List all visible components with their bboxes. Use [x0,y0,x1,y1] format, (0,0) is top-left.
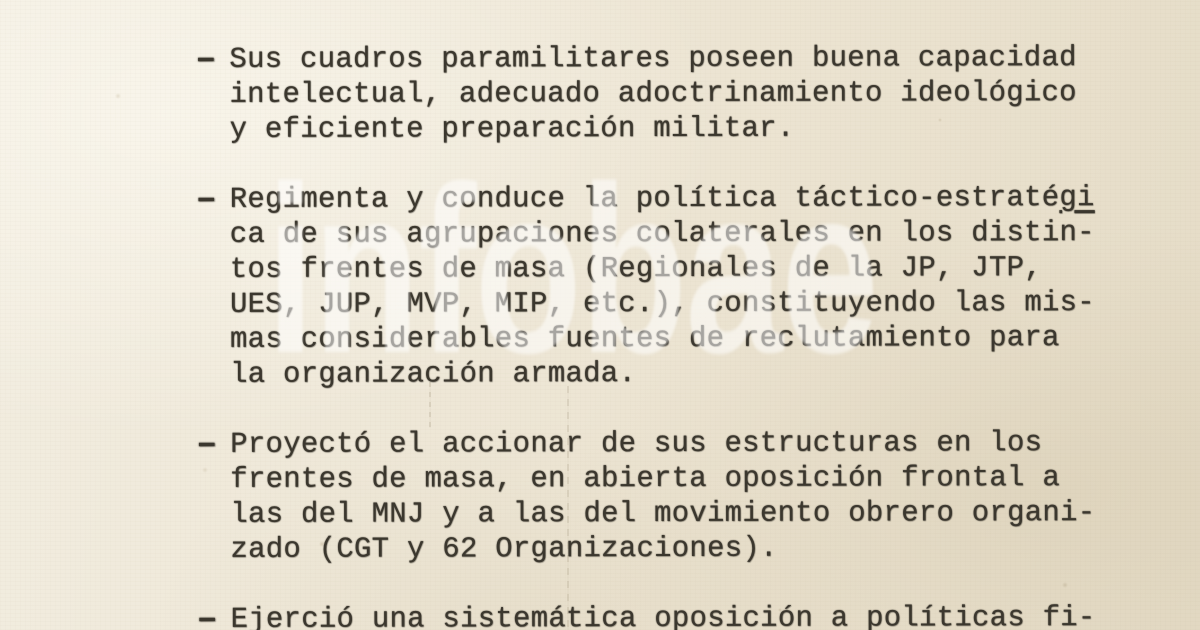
bullet-dash: - [190,182,224,217]
document-line: zado (CGT y 62 Organizaciones). [230,530,1150,567]
hyphenation-underlined-text: gi [1059,181,1094,214]
document-line: mas considerables fuentes de reclutamien… [230,320,1150,357]
document-line: las del MNJ y a las del movimiento obrer… [230,495,1150,532]
bullet-dash: - [189,42,223,77]
document-line: frentes de masa, en abierta oposición fr… [230,460,1150,497]
bullet-dash: - [190,427,224,462]
document-paragraph: - Proyectó el accionar de sus estructura… [190,425,1150,567]
document-line: Ejerció una sistemática oposición a polí… [231,600,1151,630]
document-line: intelectual, adecuado adoctrinamiento id… [229,75,1149,112]
document-line: ca de sus agrupaciones colaterales en lo… [230,215,1150,252]
document-line: Sus cuadros paramilitares poseen buena c… [229,40,1149,77]
document-line: la organización armada. [230,355,1150,392]
document-paragraph: - Ejerció una sistemática oposición a po… [191,600,1151,630]
document-line: tos frentes de masa (Regionales de la JP… [230,250,1150,287]
scanned-page: { "page": { "kind": "scanned typewritten… [0,0,1200,630]
document-line: UES, JUP, MVP, MIP, etc.), constituyendo… [230,285,1150,322]
typewritten-document: - Sus cuadros paramilitares poseen buena… [189,40,1150,630]
bullet-dash: - [191,602,225,630]
document-paragraph: - Regimenta y conduce la política táctic… [190,180,1150,392]
document-line: y eficiente preparación militar. [230,110,1150,147]
document-line: Proyectó el accionar de sus estructuras … [230,425,1150,462]
line-text: Regimenta y conduce la política táctico-… [230,181,1060,216]
document-paragraph: - Sus cuadros paramilitares poseen buena… [189,40,1149,147]
document-line: Regimenta y conduce la política táctico-… [230,180,1150,217]
